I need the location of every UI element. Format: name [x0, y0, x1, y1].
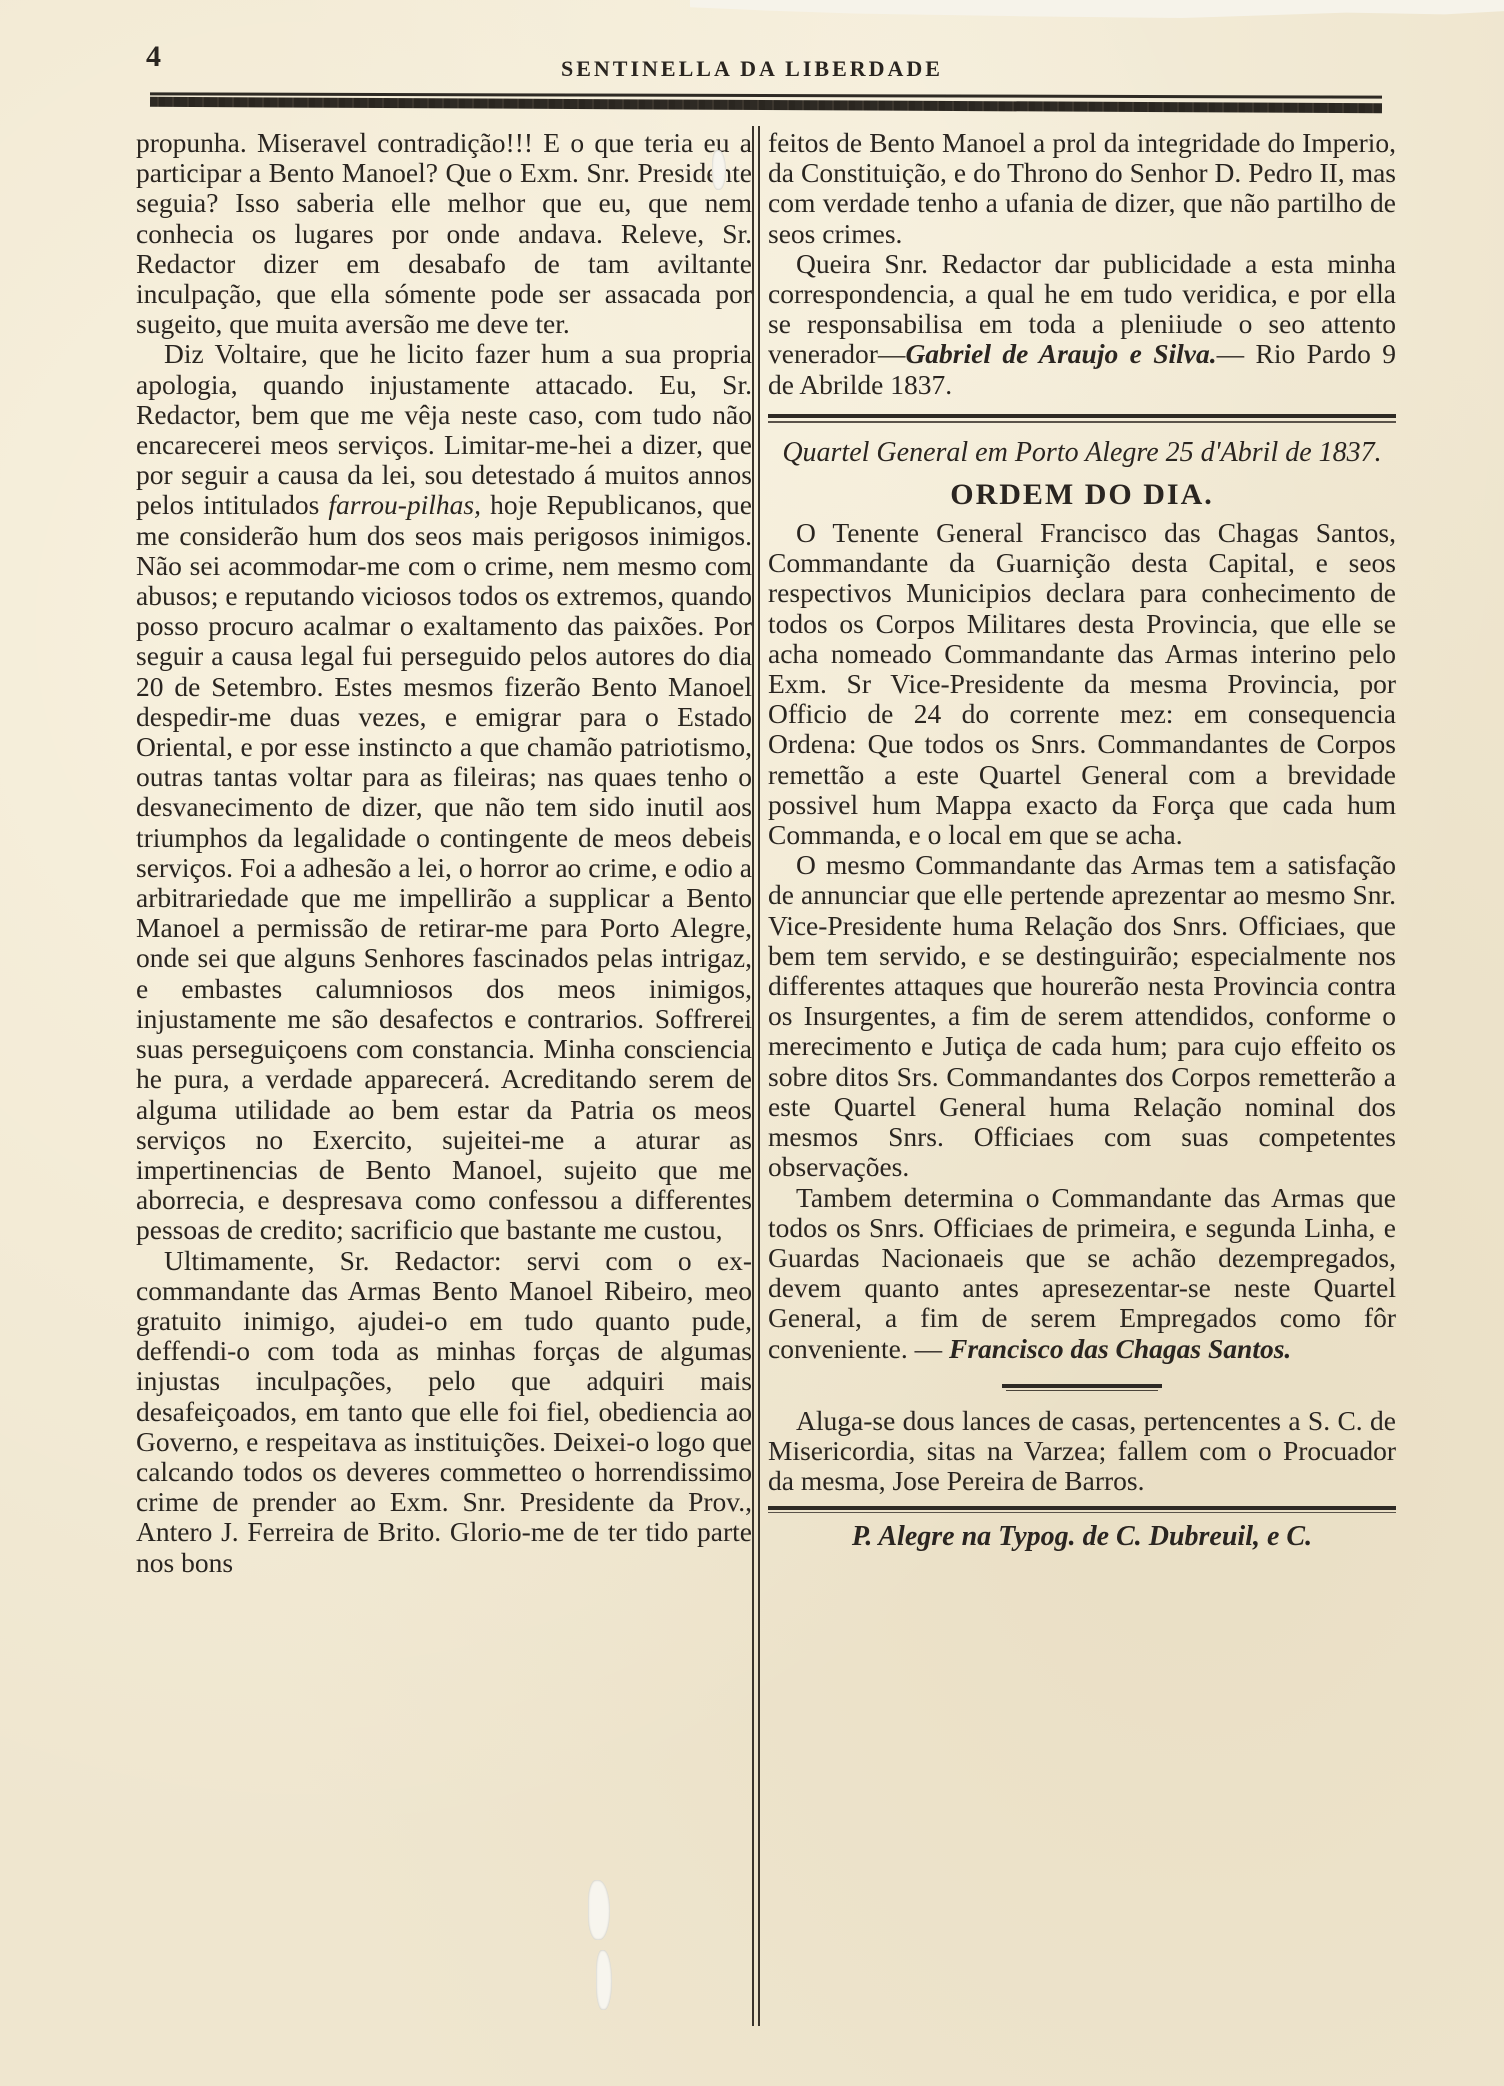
header-rule-thick	[150, 97, 1382, 113]
letter-signature: Gabriel de Araujo e Silva.	[905, 338, 1216, 369]
right-column: feitos de Bento Manoel a prol da integri…	[768, 128, 1396, 1553]
imprint-rule	[768, 1506, 1396, 1514]
letter-paragraph-2: Diz Voltaire, que he licito fazer hum a …	[136, 339, 752, 1245]
newspaper-page: 4 SENTINELLA DA LIBERDADE propunha. Mise…	[0, 0, 1504, 2086]
order-paragraph-1: O Tenente General Francisco das Chagas S…	[768, 518, 1396, 850]
left-column: propunha. Miseravel contradição!!! E o q…	[136, 128, 752, 1578]
order-section-title: ORDEM DO DIA.	[768, 480, 1396, 510]
advertisement: Aluga-se dous lances de casas, pertencen…	[768, 1406, 1396, 1497]
masthead-title: SENTINELLA DA LIBERDADE	[0, 56, 1504, 82]
order-dateline: Quartel General em Porto Alegre 25 d'Abr…	[768, 438, 1396, 468]
column-divider	[752, 126, 760, 2026]
order-paragraph-2: O mesmo Commandante das Armas tem a sati…	[768, 850, 1396, 1182]
letter-paragraph-3: Ultimamente, Sr. Redactor: servi com o e…	[136, 1246, 752, 1578]
order-paragraph-3: Tambem determina o Commandante das Armas…	[768, 1183, 1396, 1364]
letter-paragraph-2-rest: hoje Republicanos, que me considerão hum…	[136, 489, 752, 1245]
torn-top-edge	[690, 0, 1504, 18]
paper-damage-hole	[712, 150, 726, 190]
section-rule	[768, 414, 1396, 424]
paper-damage-hole	[596, 1950, 612, 2010]
printer-imprint: P. Alegre na Typog. de C. Dubreuil, e C.	[768, 1522, 1396, 1552]
letter-ending: feitos de Bento Manoel a prol da integri…	[768, 128, 1396, 249]
advertisement-rule	[1002, 1384, 1162, 1392]
letter-closing: Queira Snr. Redactor dar publicidade a e…	[768, 249, 1396, 400]
letter-paragraph-1: propunha. Miseravel contradição!!! E o q…	[136, 128, 752, 339]
order-signature: Francisco das Chagas Santos.	[949, 1333, 1291, 1364]
paper-damage-hole	[588, 1880, 610, 1940]
italic-term-farroupilhas: farrou-pilhas,	[328, 489, 481, 520]
